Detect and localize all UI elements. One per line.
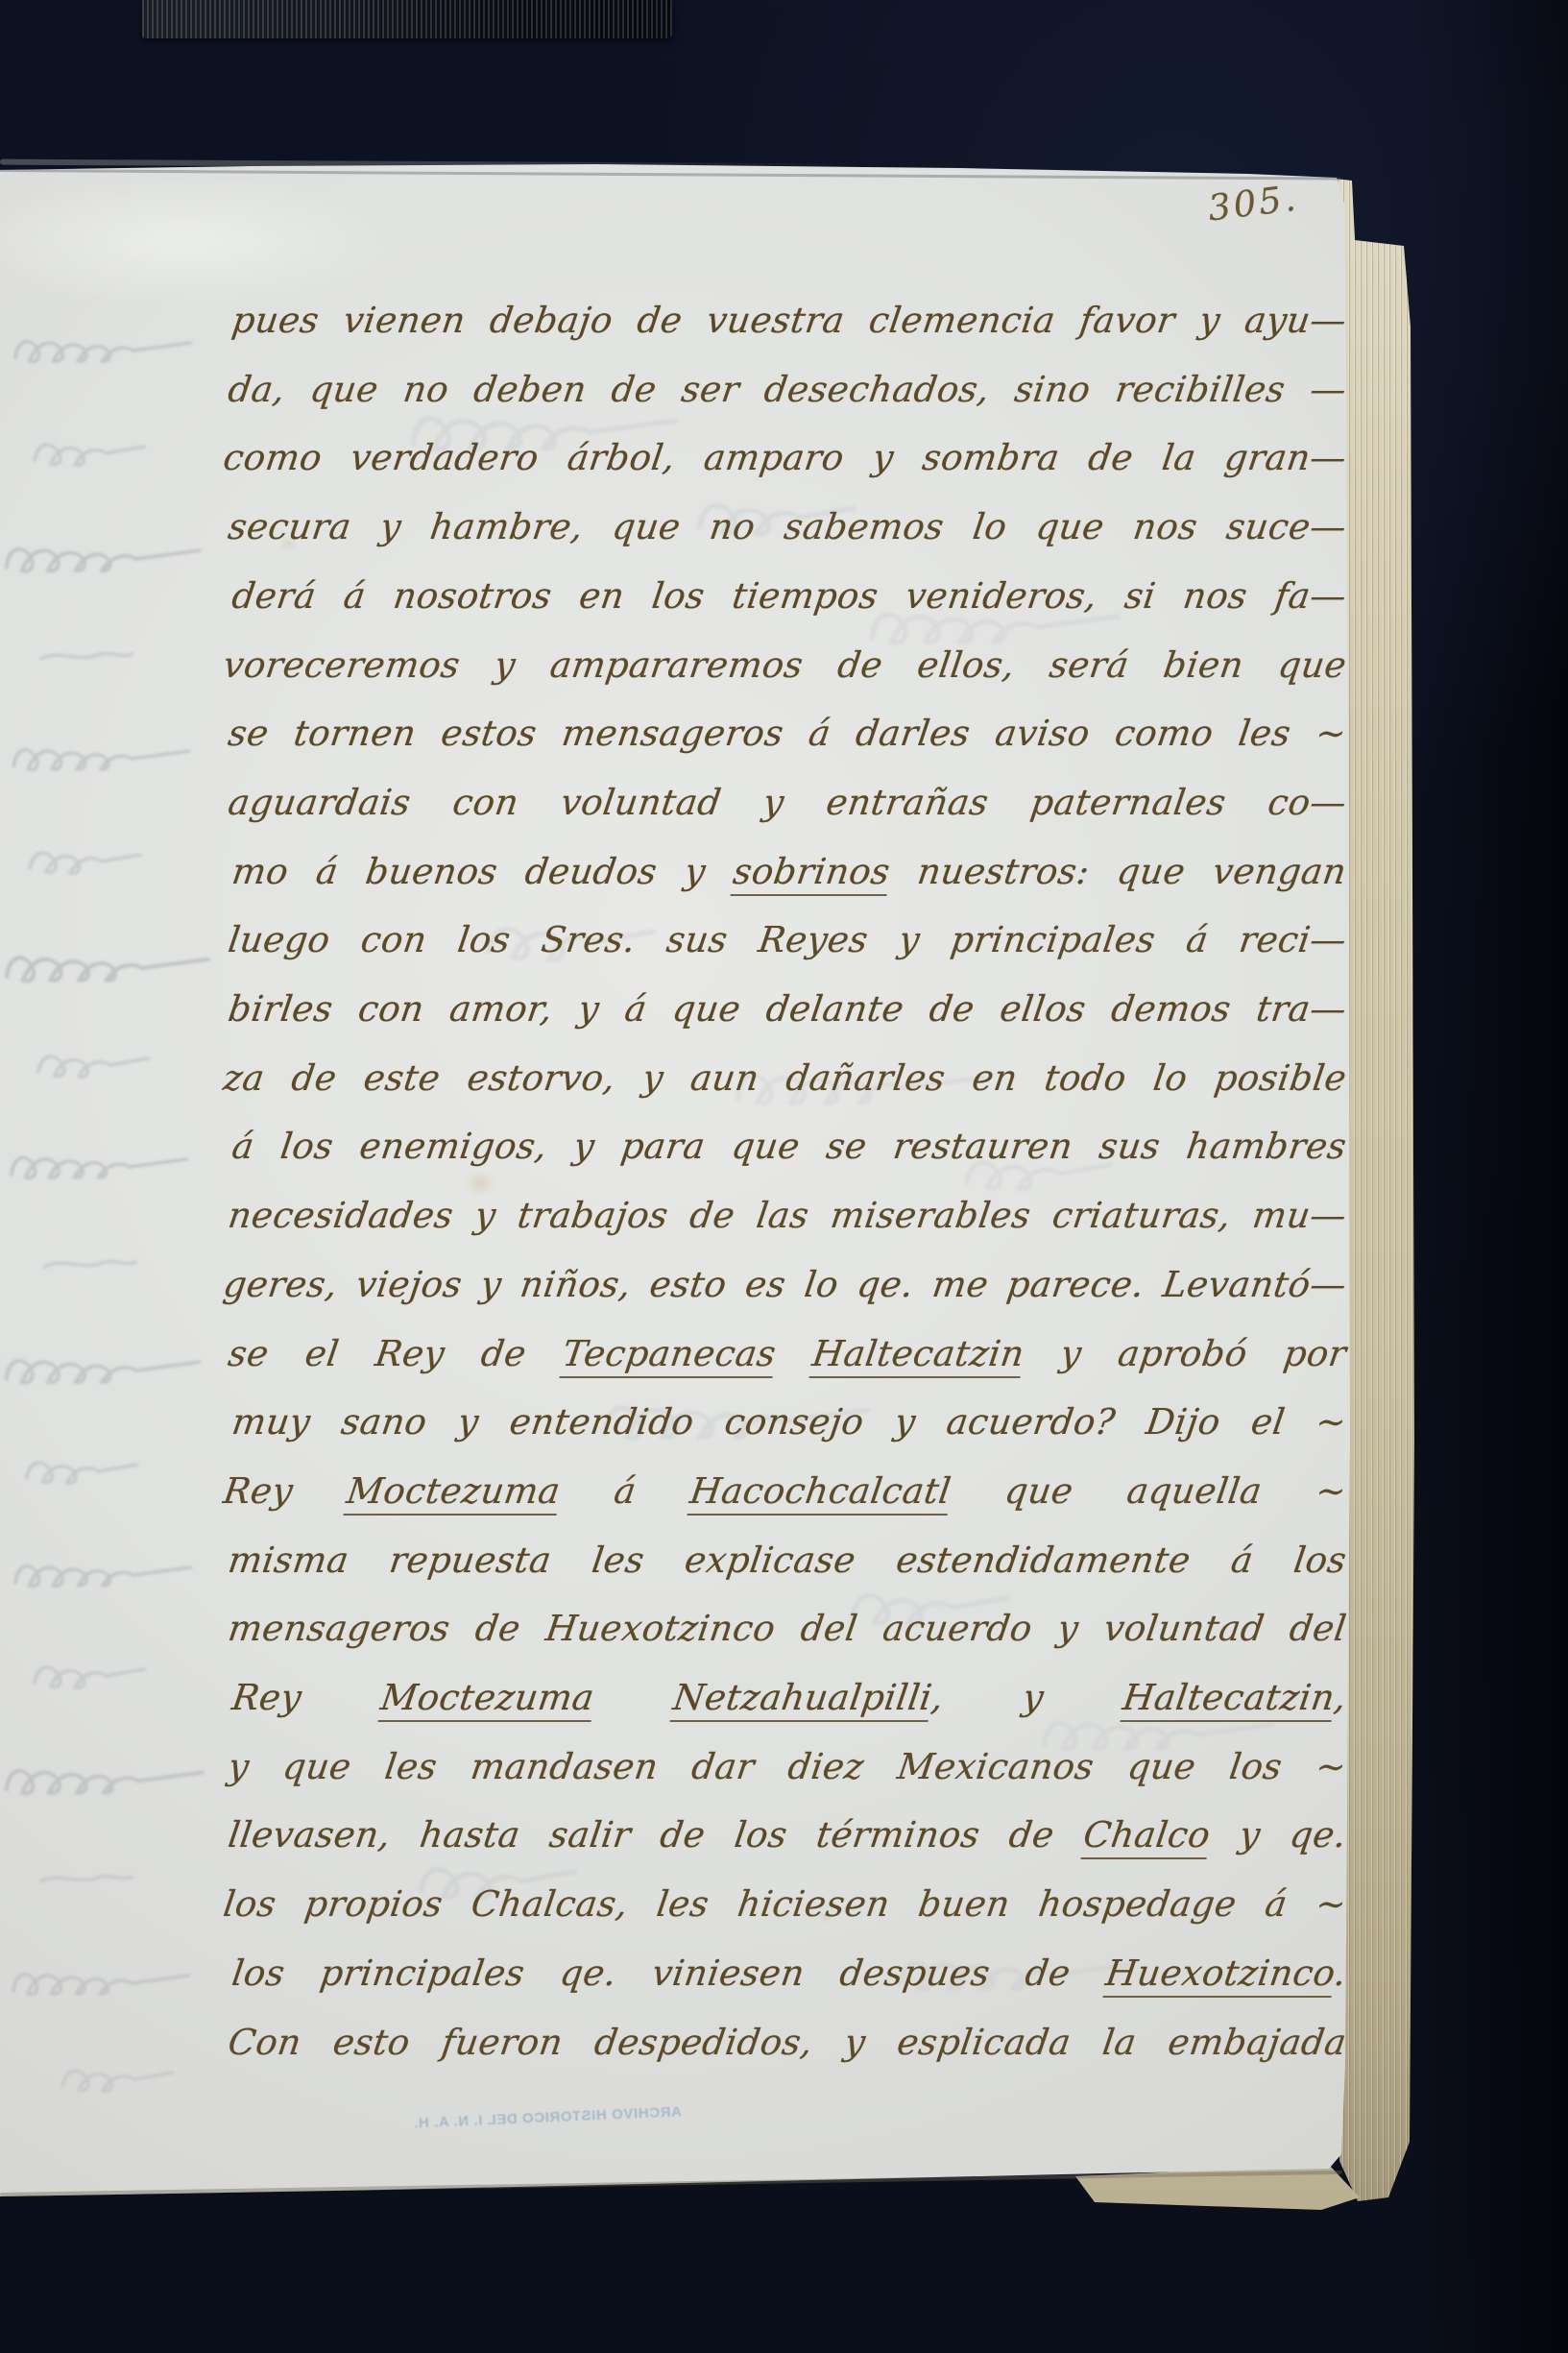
manuscript-line: muy sano y entendido consejo y acuerdo? … (228, 1388, 1351, 1457)
manuscript-line: necesidades y trabajos de las miserables… (224, 1181, 1351, 1250)
manuscript-line: secura y hambre, que no sabemos lo que n… (224, 493, 1351, 562)
manuscript-line: mo á buenos deudos y sobrinos nuestros: … (228, 837, 1351, 907)
manuscript-line: derá á nosotros en los tiempos venideros… (228, 562, 1351, 631)
fabric-binding-strip (142, 0, 672, 38)
underlined-proper-noun: Moctezuma (344, 1470, 563, 1516)
manuscript-line: voreceremos y ampararemos de ellos, será… (219, 631, 1351, 700)
manuscript-line: Rey Moctezuma Netzahualpilli, y Haltecat… (228, 1663, 1351, 1733)
archival-photo-of-manuscript-page: 305. pues vienen debajo de vuestra cleme… (0, 0, 1568, 2353)
manuscript-line: y que les mandasen dar diez Mexicanos qu… (224, 1733, 1351, 1802)
underlined-proper-noun: sobrinos (730, 851, 892, 896)
manuscript-line: pues vienen debajo de vuestra clemencia … (228, 286, 1351, 355)
manuscript-line: los principales qe. viniesen despues de … (228, 1939, 1351, 2008)
manuscript-line: llevasen, hasta salir de los términos de… (224, 1801, 1351, 1870)
underlined-proper-noun: Chalco (1080, 1814, 1213, 1859)
manuscript-line: birles con amor, y á que delante de ello… (224, 975, 1351, 1044)
underlined-proper-noun: Tecpanecas (560, 1333, 779, 1378)
manuscript-line: Con esto fueron despedidos, y esplicada … (224, 2008, 1351, 2077)
manuscript-line: Rey Moctezuma á Hacochcalcatl que aquell… (219, 1457, 1351, 1526)
manuscript-line: aguardais con voluntad y entrañas patern… (224, 768, 1351, 837)
manuscript-line: misma repuesta les explicase estendidame… (224, 1526, 1351, 1595)
manuscript-line: se el Rey de Tecpanecas Haltecatzin y ap… (224, 1320, 1351, 1389)
manuscript-line: da, que no deben de ser desechados, sino… (224, 355, 1351, 425)
manuscript-line: mensageros de Huexotzinco del acuerdo y … (224, 1594, 1351, 1663)
manuscript-line: los propios Chalcas, les hiciesen buen h… (219, 1870, 1351, 1939)
underlined-proper-noun: Netzahualpilli (670, 1677, 934, 1722)
underlined-proper-noun: Haltecatzin (1120, 1677, 1338, 1722)
manuscript-line: como verdadero árbol, amparo y sombra de… (219, 424, 1351, 493)
underlined-proper-noun: Hacochcalcatl (687, 1470, 953, 1516)
underlined-proper-noun: Moctezuma (377, 1677, 596, 1722)
manuscript-line: se tornen estos mensageros á darles avis… (224, 699, 1351, 768)
manuscript-text: pues vienen debajo de vuestra clemencia … (229, 286, 1346, 2076)
underlined-proper-noun: Huexotzinco (1102, 1953, 1338, 1998)
manuscript-line: luego con los Sres. sus Reyes y principa… (224, 906, 1351, 975)
underlined-proper-noun: Haltecatzin (809, 1333, 1027, 1378)
manuscript-line: geres, viejos y niños, esto es lo qe. me… (219, 1250, 1351, 1320)
manuscript-line: za de este estorvo, y aun dañarles en to… (219, 1044, 1351, 1113)
manuscript-line: á los enemigos, y para que se restauren … (228, 1112, 1351, 1181)
